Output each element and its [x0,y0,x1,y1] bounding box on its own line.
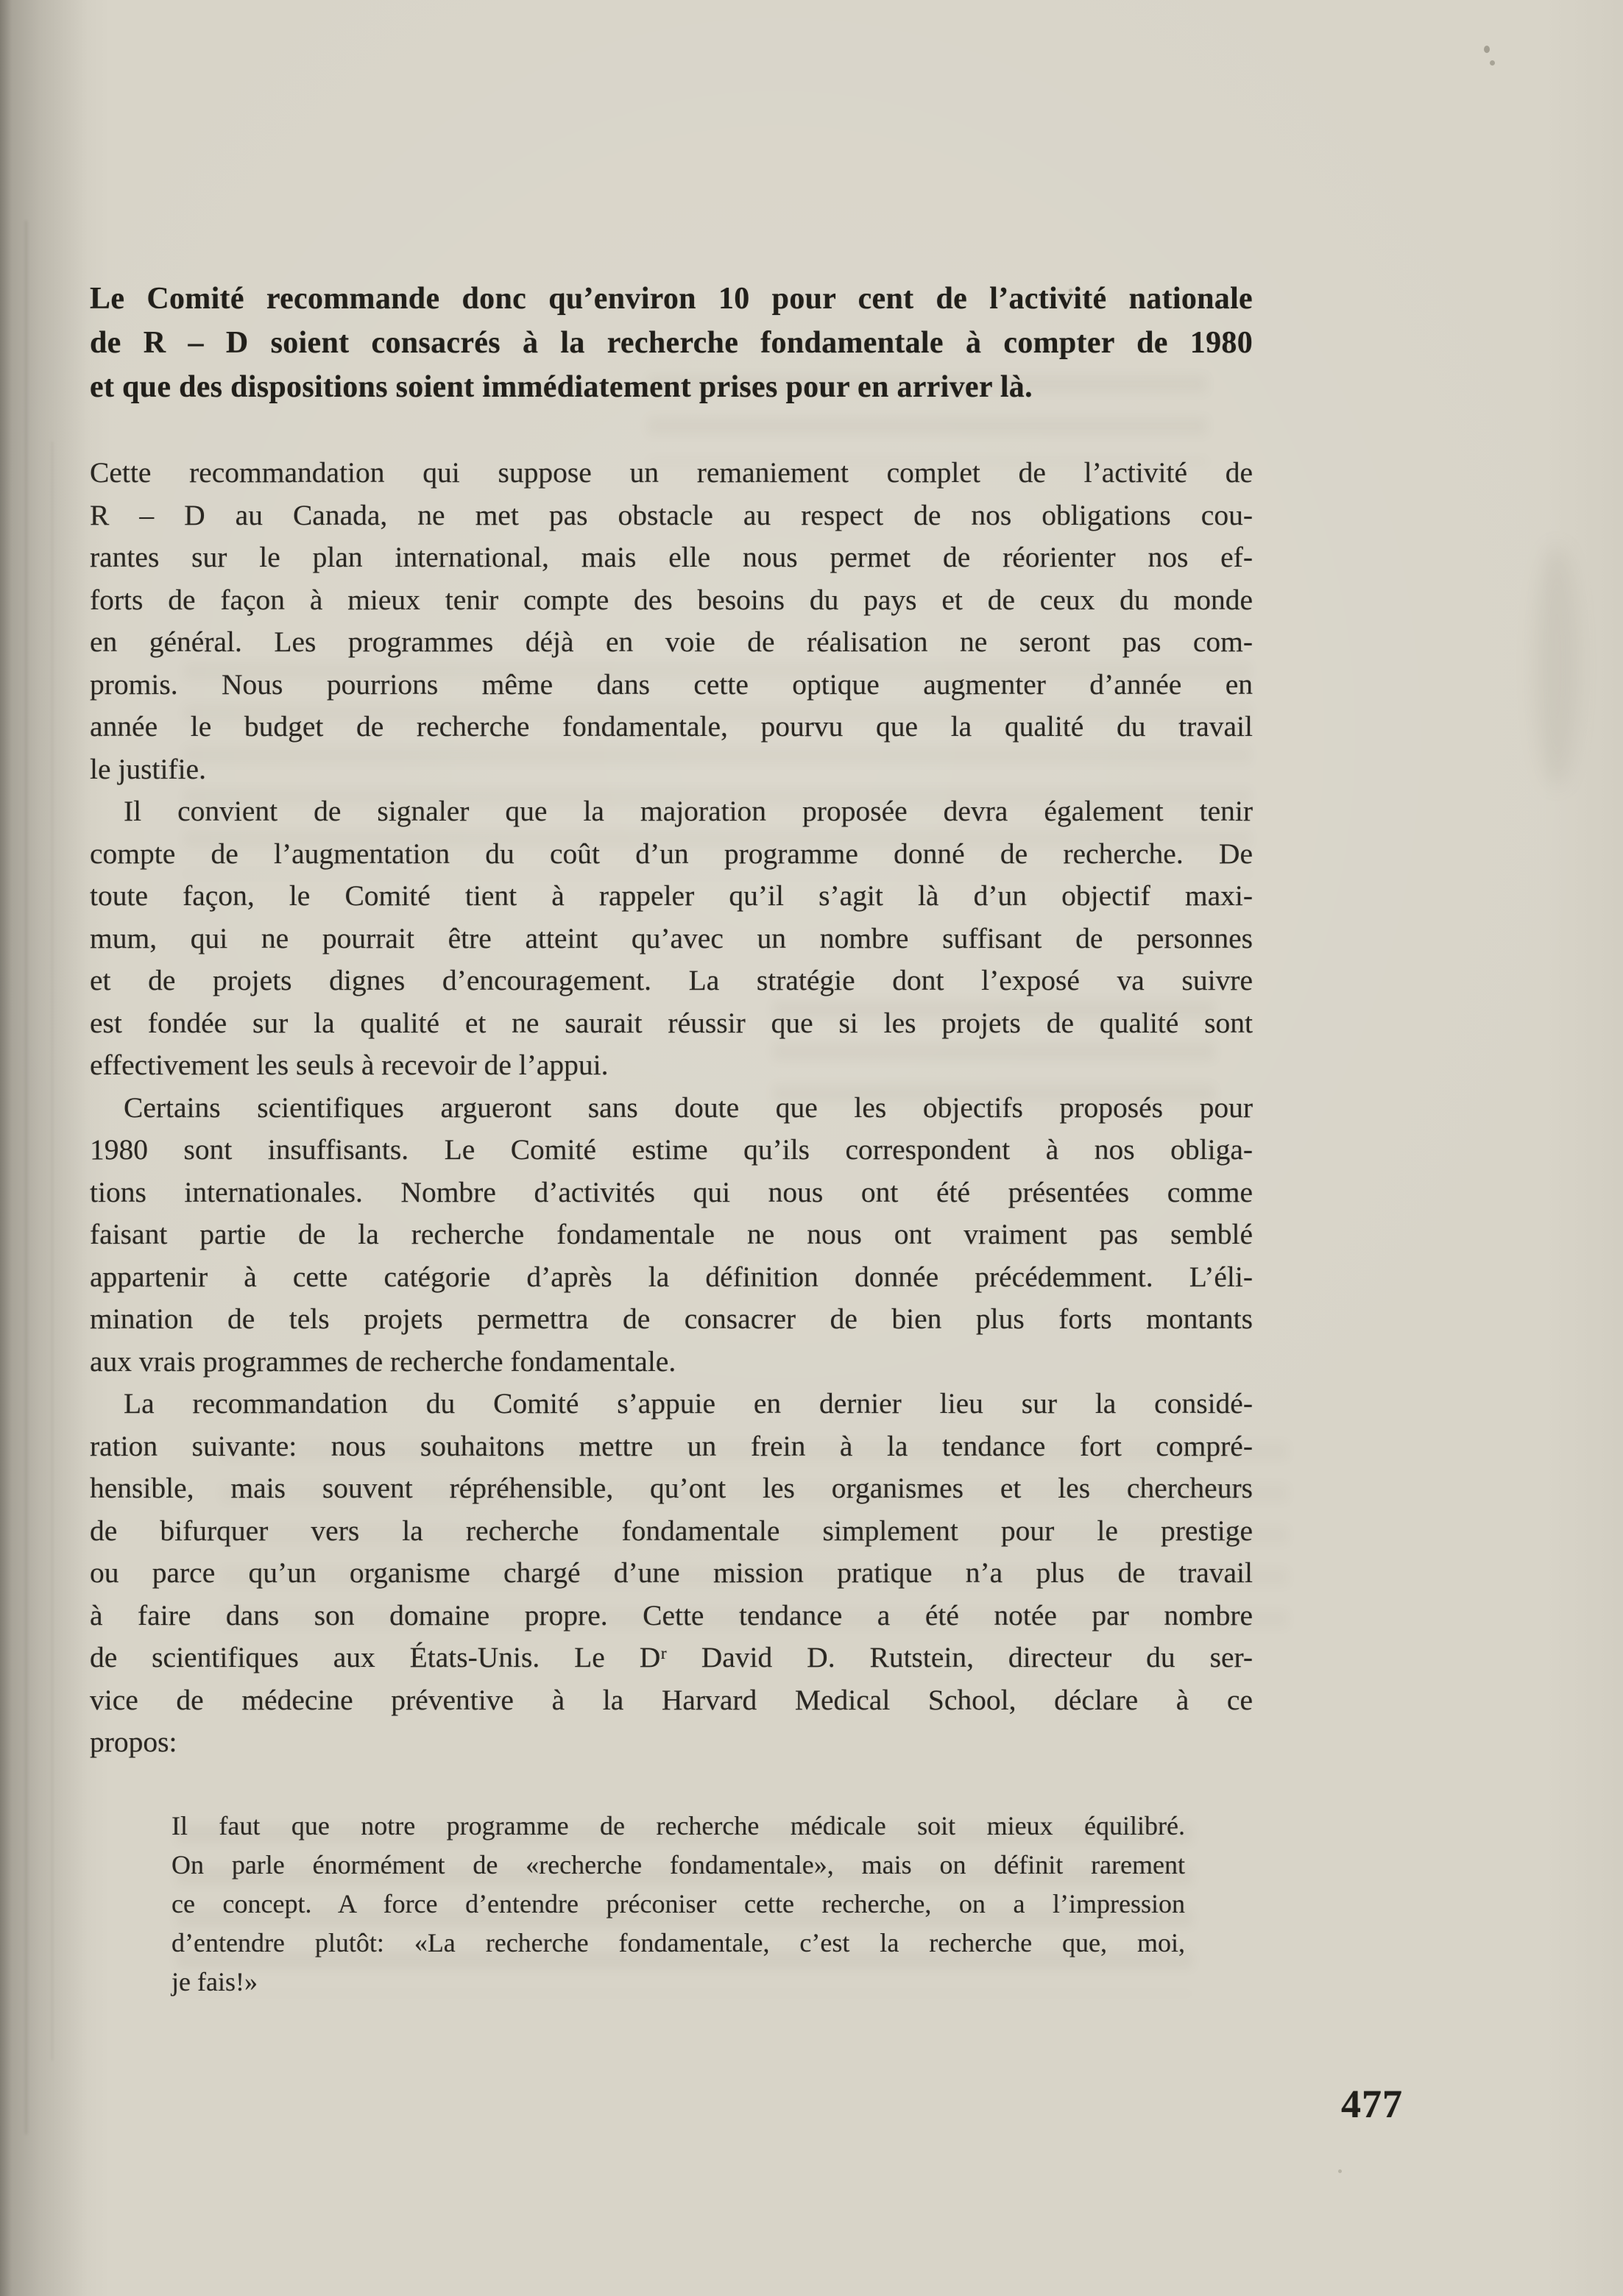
book-page: Le Comité recommande donc qu’environ 10 … [0,0,1623,2296]
text-line: mination de tels projets permettra de co… [90,1298,1253,1341]
text-line: propos: [90,1721,1253,1764]
paper-speck [1484,46,1490,53]
text-line: en général. Les programmes déjà en voie … [90,621,1253,664]
scan-streak [25,221,27,2134]
text-line: rantes sur le plan international, mais e… [90,536,1253,579]
text-line: compte de l’augmentation du coût d’un pr… [90,833,1253,876]
paragraph: La recommandation du Comité s’appuie en … [90,1383,1253,1764]
text-line: promis. Nous pourrions même dans cette o… [90,664,1253,706]
text-line: appartenir à cette catégorie d’après la … [90,1256,1253,1299]
quote-line: d’entendre plutôt: «La recherche fondame… [172,1924,1185,1963]
quote-line: Il faut que notre programme de recherche… [172,1807,1185,1846]
text-line: de bifurquer vers la recherche fondament… [90,1510,1253,1553]
quote-line: On parle énormément de «recherche fondam… [172,1846,1185,1885]
quote-line: je fais!» [172,1963,1185,2002]
body-text: Cette recommandation qui suppose un rema… [90,452,1253,1764]
text-line: R – D au Canada, ne met pas obstacle au … [90,495,1253,537]
text-line: année le budget de recherche fondamental… [90,706,1253,748]
text-line: tions internationales. Nombre d’activité… [90,1172,1253,1214]
page-number: 477 [1341,2084,1403,2124]
paragraph: Il convient de signaler que la majoratio… [90,790,1253,1087]
text-line: La recommandation du Comité s’appuie en … [90,1383,1253,1425]
text-line: Il convient de signaler que la majoratio… [90,790,1253,833]
text-line: mum, qui ne pourrait être atteint qu’ave… [90,918,1253,960]
quote-line: ce concept. A force d’entendre préconise… [172,1885,1185,1924]
text-line: est fondée sur la qualité et ne saurait … [90,1002,1253,1045]
heading-line: et que des dispositions soient immédiate… [90,365,1253,409]
heading-line: Le Comité recommande donc qu’environ 10 … [90,277,1253,321]
block-quote: Il faut que notre programme de recherche… [172,1807,1185,2002]
text-line: faisant partie de la recherche fondament… [90,1213,1253,1256]
text-line: Cette recommandation qui suppose un rema… [90,452,1253,495]
text-line: ou parce qu’un organisme chargé d’une mi… [90,1552,1253,1595]
paper-speck [1490,60,1495,65]
text-line: aux vrais programmes de recherche fondam… [90,1341,1253,1383]
text-line: le justifie. [90,748,1253,791]
text-line: hensible, mais souvent répréhensible, qu… [90,1467,1253,1510]
text-line: ration suivante: nous souhaitons mettre … [90,1425,1253,1468]
text-line: et de projets dignes d’encouragement. La… [90,960,1253,1002]
heading-line: de R – D soient consacrés à la recherche… [90,321,1253,365]
paragraph: Cette recommandation qui suppose un rema… [90,452,1253,790]
text-line: forts de façon à mieux tenir compte des … [90,579,1253,622]
text-line: effectivement les seuls à recevoir de l’… [90,1044,1253,1087]
recommendation-heading: Le Comité recommande donc qu’environ 10 … [90,277,1253,409]
text-line: 1980 sont insuffisants. Le Comité estime… [90,1129,1253,1172]
text-line: à faire dans son domaine propre. Cette t… [90,1595,1253,1637]
scan-smudge [1535,545,1579,787]
text-line: Certains scientifiques argueront sans do… [90,1087,1253,1130]
gutter-shadow [0,0,88,2296]
scan-streak [52,442,53,2061]
text-line: toute façon, le Comité tient à rappeler … [90,875,1253,918]
paper-speck [1338,2169,1342,2173]
text-line: de scientifiques aux États-Unis. Le Dʳ D… [90,1637,1253,1679]
paragraph: Certains scientifiques argueront sans do… [90,1087,1253,1383]
gutter-edge-shadow [0,0,12,2296]
text-line: vice de médecine préventive à la Harvard… [90,1679,1253,1722]
